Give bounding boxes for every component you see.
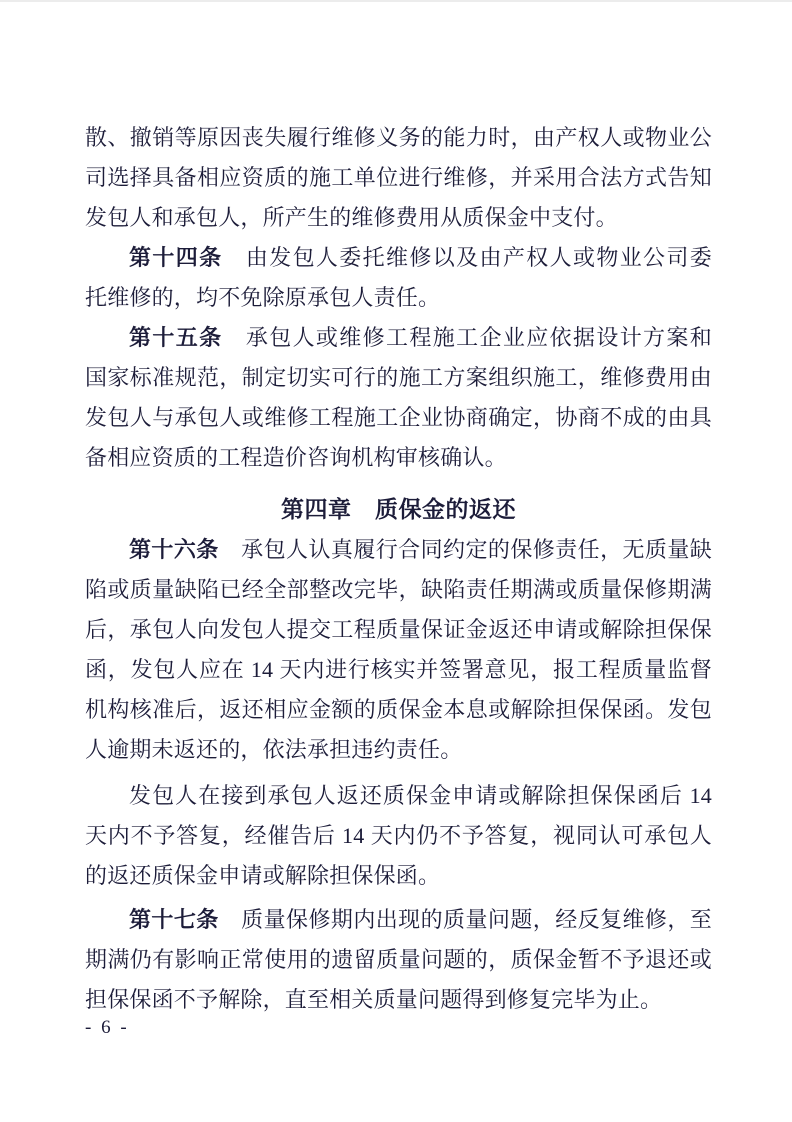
document-line: 陷或质量缺陷已经全部整改完毕，缺陷责任期满或质量保修期满 (85, 570, 712, 610)
paragraph-reply-deadline: 发包人在接到承包人返还质保金申请或解除担保保函后 14 天内不予答复，经催告后 … (85, 776, 712, 896)
document-line: 的返还质保金申请或解除担保保函。 (85, 856, 712, 896)
document-line: 第十四条 由发包人委托维修以及由产权人或物业公司委 (85, 238, 712, 278)
line-text: 承包人认真履行合同约定的保修责任，无质量缺 (219, 537, 712, 562)
document-line: 函，发包人应在 14 天内进行核实并签署意见，报工程质量监督 (85, 650, 712, 690)
line-text: 质量保修期内出现的质量问题，经反复维修，至 (219, 907, 712, 932)
line-text: 陷或质量缺陷已经全部整改完毕，缺陷责任期满或质量保修期满 (85, 577, 712, 602)
chapter-heading: 第四章 质保金的返还 (85, 490, 712, 530)
document-line: 担保保函不予解除，直至相关质量问题得到修复完毕为止。 (85, 980, 712, 1020)
line-text: 函，发包人应在 14 天内进行核实并签署意见，报工程质量监督 (85, 657, 712, 682)
document-line: 天内不予答复，经催告后 14 天内仍不予答复，视同认可承包人 (85, 816, 712, 856)
document-line: 期满仍有影响正常使用的遗留质量问题的，质保金暂不予退还或 (85, 940, 712, 980)
line-text: 机构核准后，返还相应金额的质保金本息或解除担保保函。发包 (85, 697, 712, 722)
paragraph-article-16: 第十六条 承包人认真履行合同约定的保修责任，无质量缺 陷或质量缺陷已经全部整改完… (85, 530, 712, 770)
line-text: 散、撤销等原因丧失履行维修义务的能力时，由产权人或物业公 (85, 125, 712, 150)
line-text: 备相应资质的工程造价咨询机构审核确认。 (85, 445, 507, 470)
document-line: 第十六条 承包人认真履行合同约定的保修责任，无质量缺 (85, 530, 712, 570)
paragraph-continuation: 散、撤销等原因丧失履行维修义务的能力时，由产权人或物业公 司选择具备相应资质的施… (85, 118, 712, 238)
clause-number: 第十七条 (129, 907, 219, 932)
document-line: 国家标准规范，制定切实可行的施工方案组织施工，维修费用由 (85, 358, 712, 398)
line-text: 司选择具备相应资质的施工单位进行维修，并采用合法方式告知 (85, 165, 712, 190)
line-text: 国家标准规范，制定切实可行的施工方案组织施工，维修费用由 (85, 365, 712, 390)
clause-number: 第十四条 (129, 245, 222, 270)
document-line: 人逾期未返还的，依法承担违约责任。 (85, 730, 712, 770)
document-body: 散、撤销等原因丧失履行维修义务的能力时，由产权人或物业公 司选择具备相应资质的施… (85, 118, 712, 1020)
document-line: 发包人在接到承包人返还质保金申请或解除担保保函后 14 (85, 776, 712, 816)
line-text: 由发包人委托维修以及由产权人或物业公司委 (222, 245, 712, 270)
line-text: 后，承包人向发包人提交工程质量保证金返还申请或解除担保保 (85, 617, 712, 642)
line-text: 人逾期未返还的，依法承担违约责任。 (85, 737, 462, 762)
document-line: 司选择具备相应资质的施工单位进行维修，并采用合法方式告知 (85, 158, 712, 198)
document-line: 发包人和承包人，所产生的维修费用从质保金中支付。 (85, 198, 712, 238)
paragraph-article-15: 第十五条 承包人或维修工程施工企业应依据设计方案和 国家标准规范，制定切实可行的… (85, 318, 712, 478)
line-text: 发包人与承包人或维修工程施工企业协商确定，协商不成的由具 (85, 405, 712, 430)
line-text: 天内不予答复，经催告后 14 天内仍不予答复，视同认可承包人 (85, 823, 712, 848)
document-line: 备相应资质的工程造价咨询机构审核确认。 (85, 438, 712, 478)
line-text: 的返还质保金申请或解除担保保函。 (85, 863, 440, 888)
paragraph-article-14: 第十四条 由发包人委托维修以及由产权人或物业公司委 托维修的，均不免除原承包人责… (85, 238, 712, 318)
line-text: 承包人或维修工程施工企业应依据设计方案和 (222, 325, 712, 350)
line-text: 担保保函不予解除，直至相关质量问题得到修复完毕为止。 (85, 987, 662, 1012)
paragraph-article-17: 第十七条 质量保修期内出现的质量问题，经反复维修，至 期满仍有影响正常使用的遗留… (85, 900, 712, 1020)
document-page: 散、撤销等原因丧失履行维修义务的能力时，由产权人或物业公 司选择具备相应资质的施… (0, 0, 792, 1122)
line-text: 托维修的，均不免除原承包人责任。 (85, 285, 440, 310)
document-line: 托维修的，均不免除原承包人责任。 (85, 278, 712, 318)
document-line: 第十七条 质量保修期内出现的质量问题，经反复维修，至 (85, 900, 712, 940)
document-line: 散、撤销等原因丧失履行维修义务的能力时，由产权人或物业公 (85, 118, 712, 158)
line-text: 发包人和承包人，所产生的维修费用从质保金中支付。 (85, 205, 618, 230)
clause-number: 第十六条 (129, 537, 219, 562)
document-line: 机构核准后，返还相应金额的质保金本息或解除担保保函。发包 (85, 690, 712, 730)
document-line: 后，承包人向发包人提交工程质量保证金返还申请或解除担保保 (85, 610, 712, 650)
line-text: 期满仍有影响正常使用的遗留质量问题的，质保金暂不予退还或 (85, 947, 712, 972)
line-text: 发包人在接到承包人返还质保金申请或解除担保保函后 14 (129, 783, 712, 808)
clause-number: 第十五条 (129, 325, 222, 350)
document-line: 第十五条 承包人或维修工程施工企业应依据设计方案和 (85, 318, 712, 358)
page-number: - 6 - (85, 1013, 129, 1043)
document-line: 发包人与承包人或维修工程施工企业协商确定，协商不成的由具 (85, 398, 712, 438)
